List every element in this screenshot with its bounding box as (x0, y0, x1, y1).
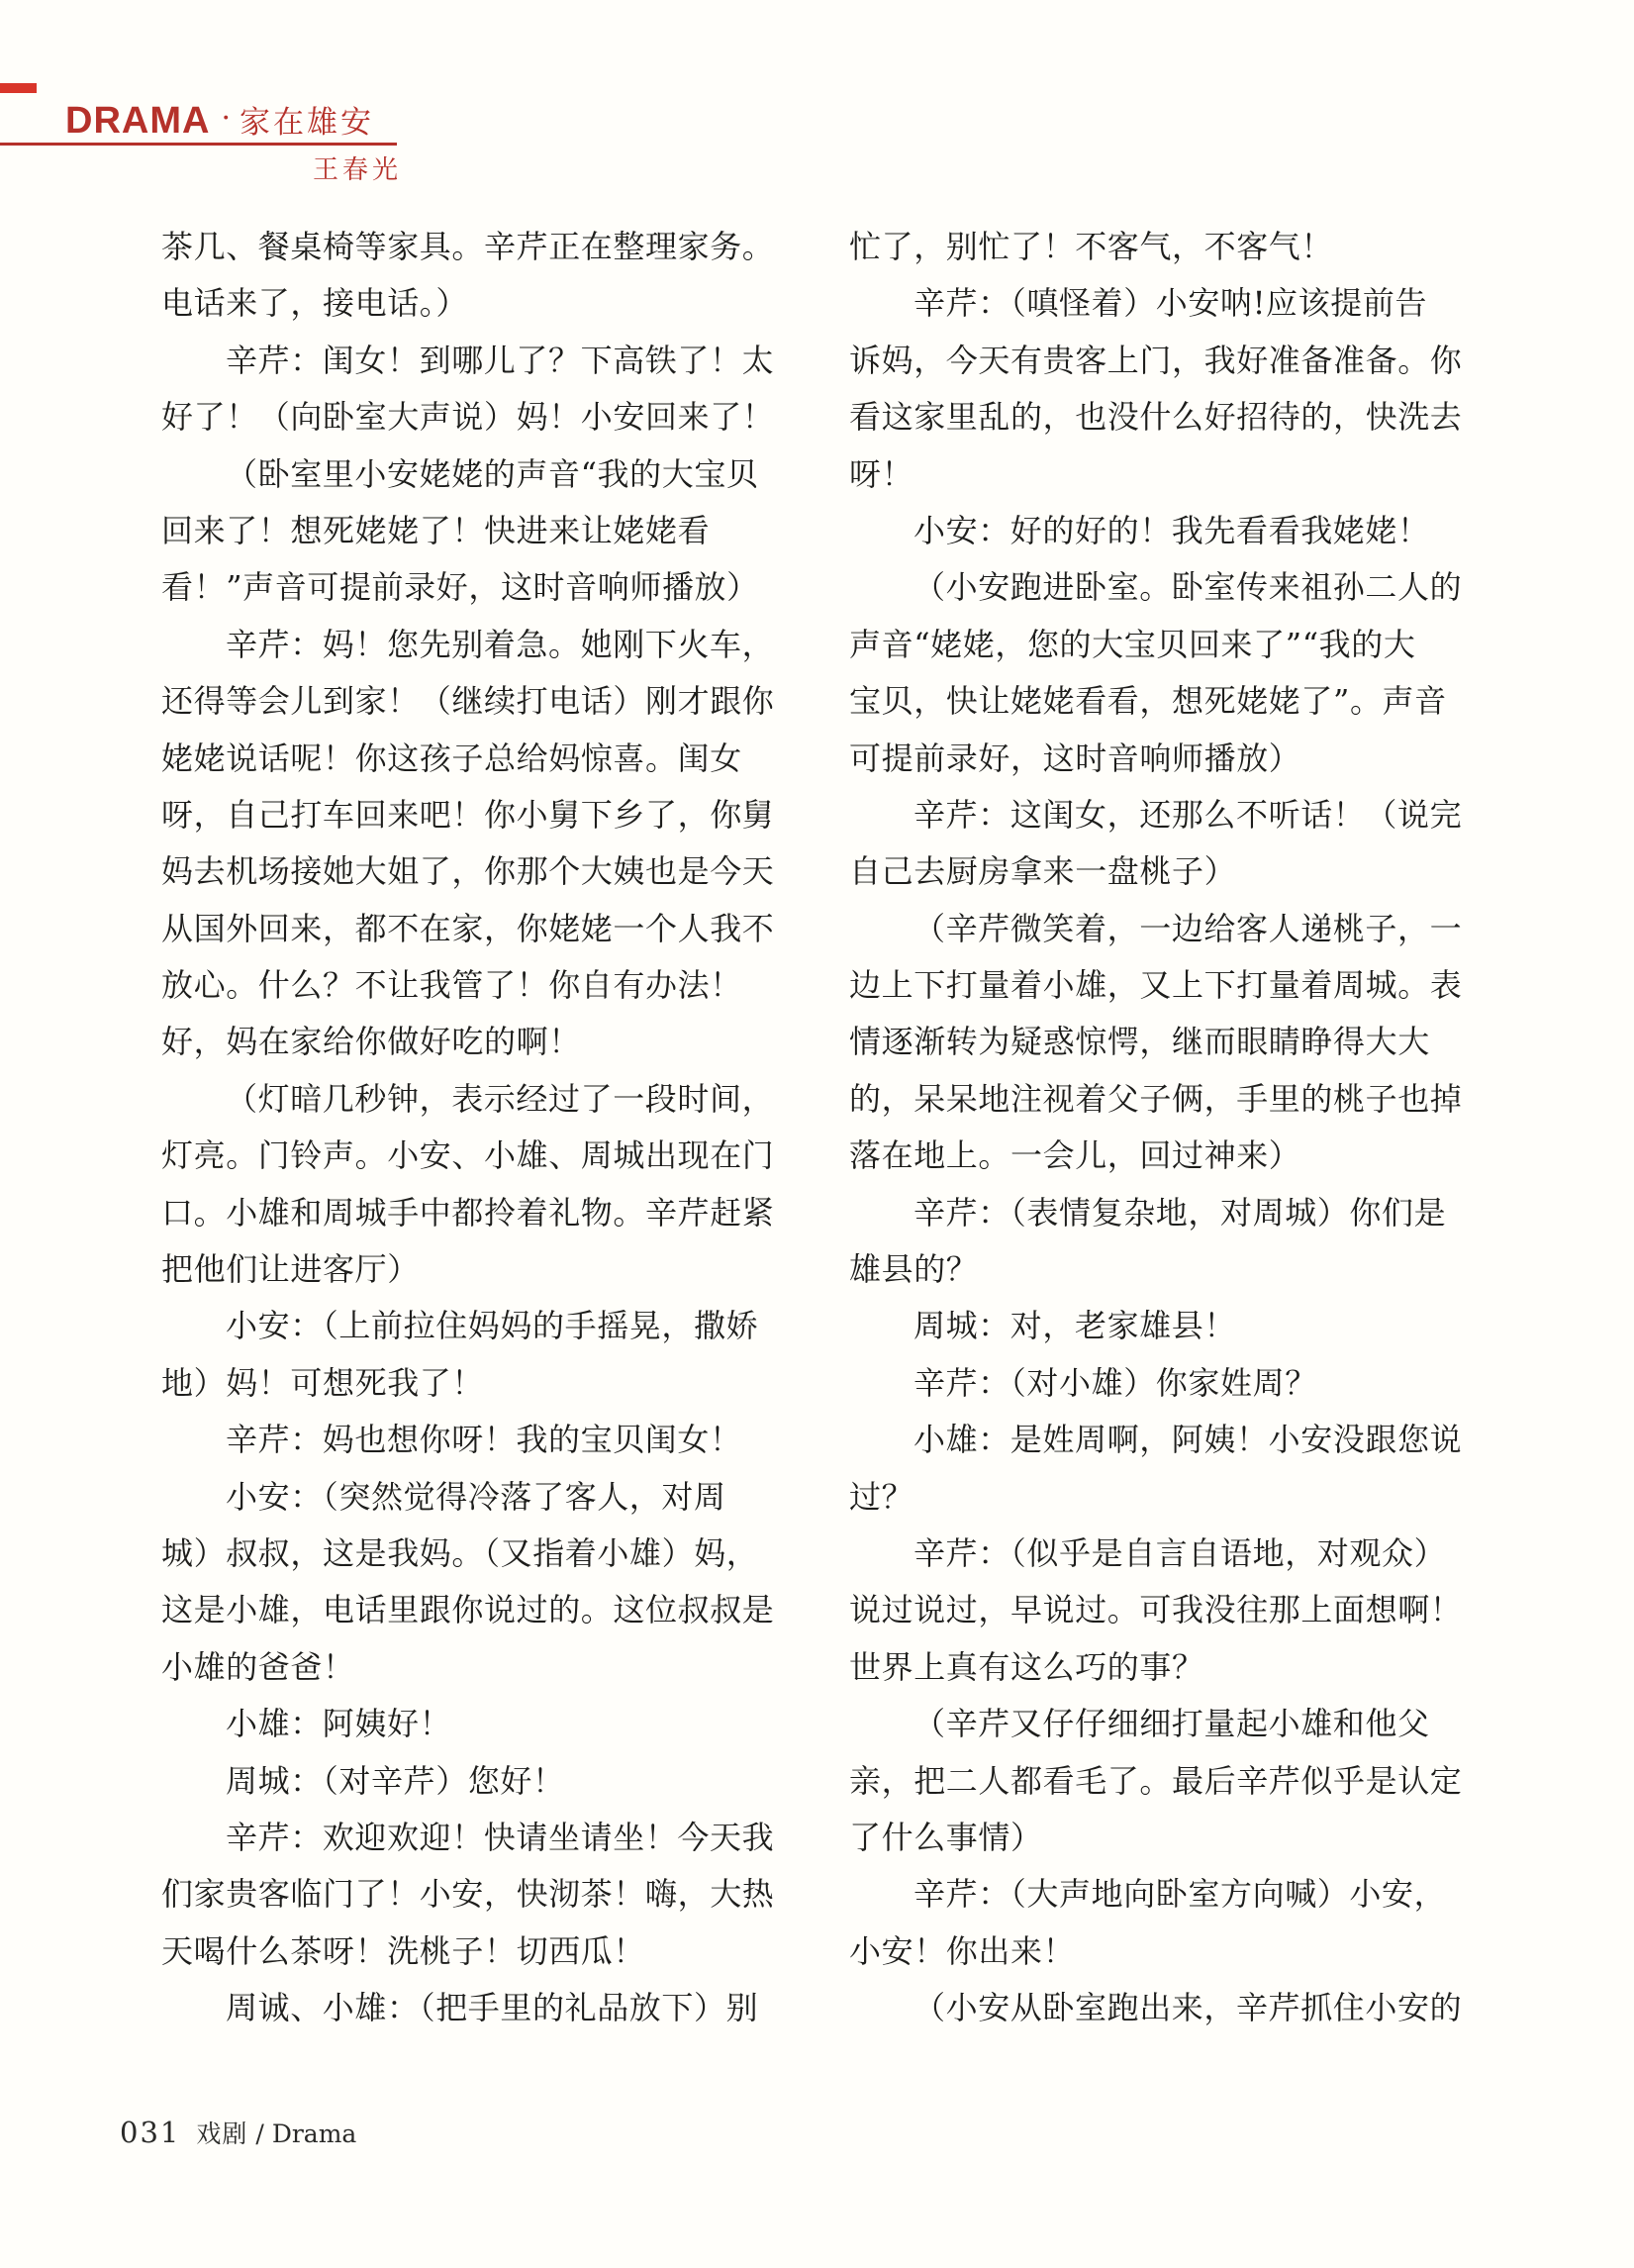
script-line: 诉妈，今天有贵客上门，我好准备准备。你 (849, 333, 1500, 389)
script-line: 还得等会儿到家！（继续打电话）刚才跟你 (161, 673, 813, 730)
script-line: 好，妈在家给你做好吃的啊！ (161, 1014, 813, 1070)
script-line: 把他们让进客厅） (161, 1241, 813, 1298)
script-line: 声音“姥姥，您的大宝贝回来了”“我的大 (849, 617, 1500, 673)
script-line: 雄县的？ (849, 1241, 1500, 1298)
script-line: 辛芹：（表情复杂地，对周城）你们是 (849, 1185, 1500, 1241)
script-line: （小安从卧室跑出来，辛芹抓住小安的 (849, 1980, 1500, 2036)
script-line: 周城：对，老家雄县！ (849, 1298, 1500, 1354)
script-line: 辛芹：闺女！到哪儿了？下高铁了！太 (161, 333, 813, 389)
script-line: 的，呆呆地注视着父子俩，手里的桃子也掉 (849, 1071, 1500, 1128)
script-line: 小安：（上前拉住妈妈的手摇晃，撒娇 (161, 1298, 813, 1354)
left-column: 茶几、餐桌椅等家具。辛芹正在整理家务。电话来了，接电话。）辛芹：闺女！到哪儿了？… (161, 219, 813, 2037)
script-line: 可提前录好，这时音响师播放） (849, 731, 1500, 787)
script-line: 边上下打量着小雄，又上下打量着周城。表 (849, 957, 1500, 1014)
script-line: 辛芹：（似乎是自言自语地，对观众） (849, 1526, 1500, 1582)
header-separator-dot: · (221, 101, 231, 136)
script-line: 小安：好的好的！我先看看我姥姥！ (849, 503, 1500, 559)
script-line: 辛芹：这闺女，还那么不听话！（说完 (849, 787, 1500, 843)
script-line: 辛芹：妈！您先别着急。她刚下火车， (161, 617, 813, 673)
script-line: （辛芹又仔仔细细打量起小雄和他父 (849, 1696, 1500, 1752)
header-title-row: DRAMA·家在雄安 (65, 97, 374, 143)
script-line: 辛芹：（大声地向卧室方向喊）小安， (849, 1866, 1500, 1923)
script-line: 亲，把二人都看毛了。最后辛芹似乎是认定 (849, 1753, 1500, 1810)
script-line: 说过说过，早说过。可我没往那上面想啊！ (849, 1582, 1500, 1638)
script-line: 妈去机场接她大姐了，你那个大姨也是今天 (161, 843, 813, 900)
footer-section-chinese: 戏剧 (196, 2120, 247, 2148)
script-line: 天喝什么茶呀！洗桃子！切西瓜！ (161, 1923, 813, 1980)
script-line: 电话来了，接电话。） (161, 275, 813, 332)
script-line: 放心。什么？不让我管了！你自有办法！ (161, 957, 813, 1014)
script-line: 城）叔叔，这是我妈。（又指着小雄）妈， (161, 1526, 813, 1582)
script-line: 们家贵客临门了！小安，快沏茶！嗨，大热 (161, 1866, 813, 1923)
script-line: 茶几、餐桌椅等家具。辛芹正在整理家务。 (161, 219, 813, 275)
script-line: 自己去厨房拿来一盘桃子） (849, 843, 1500, 900)
script-line: 灯亮。门铃声。小安、小雄、周城出现在门 (161, 1128, 813, 1184)
script-line: 回来了！想死姥姥了！快进来让姥姥看 (161, 503, 813, 559)
script-line: 地）妈！可想死我了！ (161, 1355, 813, 1412)
author-name: 王春光 (313, 149, 402, 186)
footer-divider: / (255, 2120, 263, 2148)
script-line: 辛芹：（对小雄）你家姓周？ (849, 1355, 1500, 1412)
script-line: 看！”声音可提前录好，这时音响师播放） (161, 559, 813, 616)
script-line: 好了！（向卧室大声说）妈！小安回来了！ (161, 389, 813, 445)
script-line: 小雄的爸爸！ (161, 1639, 813, 1696)
script-line: 姥姥说话呢！你这孩子总给妈惊喜。闺女 (161, 731, 813, 787)
script-line: （辛芹微笑着，一边给客人递桃子，一 (849, 901, 1500, 957)
header-title-chinese: 家在雄安 (240, 105, 374, 141)
script-line: 小安：（突然觉得冷落了客人，对周 (161, 1469, 813, 1526)
script-line: （灯暗几秒钟，表示经过了一段时间， (161, 1071, 813, 1128)
drama-label: DRAMA (65, 100, 210, 142)
script-line: 宝贝，快让姥姥看看，想死姥姥了”。声音 (849, 673, 1500, 730)
script-line: 周诚、小雄：（把手里的礼品放下）别 (161, 1980, 813, 2036)
script-line: 辛芹：（嗔怪着）小安呐!应该提前告 (849, 275, 1500, 332)
script-line: 过？ (849, 1469, 1500, 1526)
script-line: （卧室里小安姥姥的声音“我的大宝贝 (161, 446, 813, 503)
red-accent-bar (0, 83, 37, 93)
script-line: 辛芹：欢迎欢迎！快请坐请坐！今天我 (161, 1810, 813, 1866)
script-line: 辛芹：妈也想你呀！我的宝贝闺女！ (161, 1412, 813, 1468)
script-line: 情逐渐转为疑惑惊愕，继而眼睛睁得大大 (849, 1014, 1500, 1070)
script-line: 看这家里乱的，也没什么好招待的，快洗去 (849, 389, 1500, 445)
script-line: 周城：（对辛芹）您好！ (161, 1753, 813, 1810)
script-line: 小雄：阿姨好！ (161, 1696, 813, 1752)
script-line: 口。小雄和周城手中都拎着礼物。辛芹赶紧 (161, 1185, 813, 1241)
script-line: 忙了，别忙了！不客气，不客气！ (849, 219, 1500, 275)
script-line: 这是小雄，电话里跟你说过的。这位叔叔是 (161, 1582, 813, 1638)
script-line: （小安跑进卧室。卧室传来祖孙二人的 (849, 559, 1500, 616)
script-line: 小雄：是姓周啊，阿姨！小安没跟您说 (849, 1412, 1500, 1468)
script-line: 呀！ (849, 446, 1500, 503)
script-line: 落在地上。一会儿，回过神来） (849, 1128, 1500, 1184)
page-number: 031 (120, 2116, 180, 2149)
script-line: 小安！你出来！ (849, 1923, 1500, 1980)
script-line: 呀，自己打车回来吧！你小舅下乡了，你舅 (161, 787, 813, 843)
script-line: 世界上真有这么巧的事？ (849, 1639, 1500, 1696)
right-column: 忙了，别忙了！不客气，不客气！辛芹：（嗔怪着）小安呐!应该提前告诉妈，今天有贵客… (849, 219, 1500, 2037)
page-footer: 031戏剧/Drama (120, 2115, 356, 2150)
header-rule (0, 143, 397, 146)
script-line: 了什么事情） (849, 1810, 1500, 1866)
script-line: 从国外回来，都不在家，你姥姥一个人我不 (161, 901, 813, 957)
footer-section-english: Drama (272, 2120, 357, 2148)
